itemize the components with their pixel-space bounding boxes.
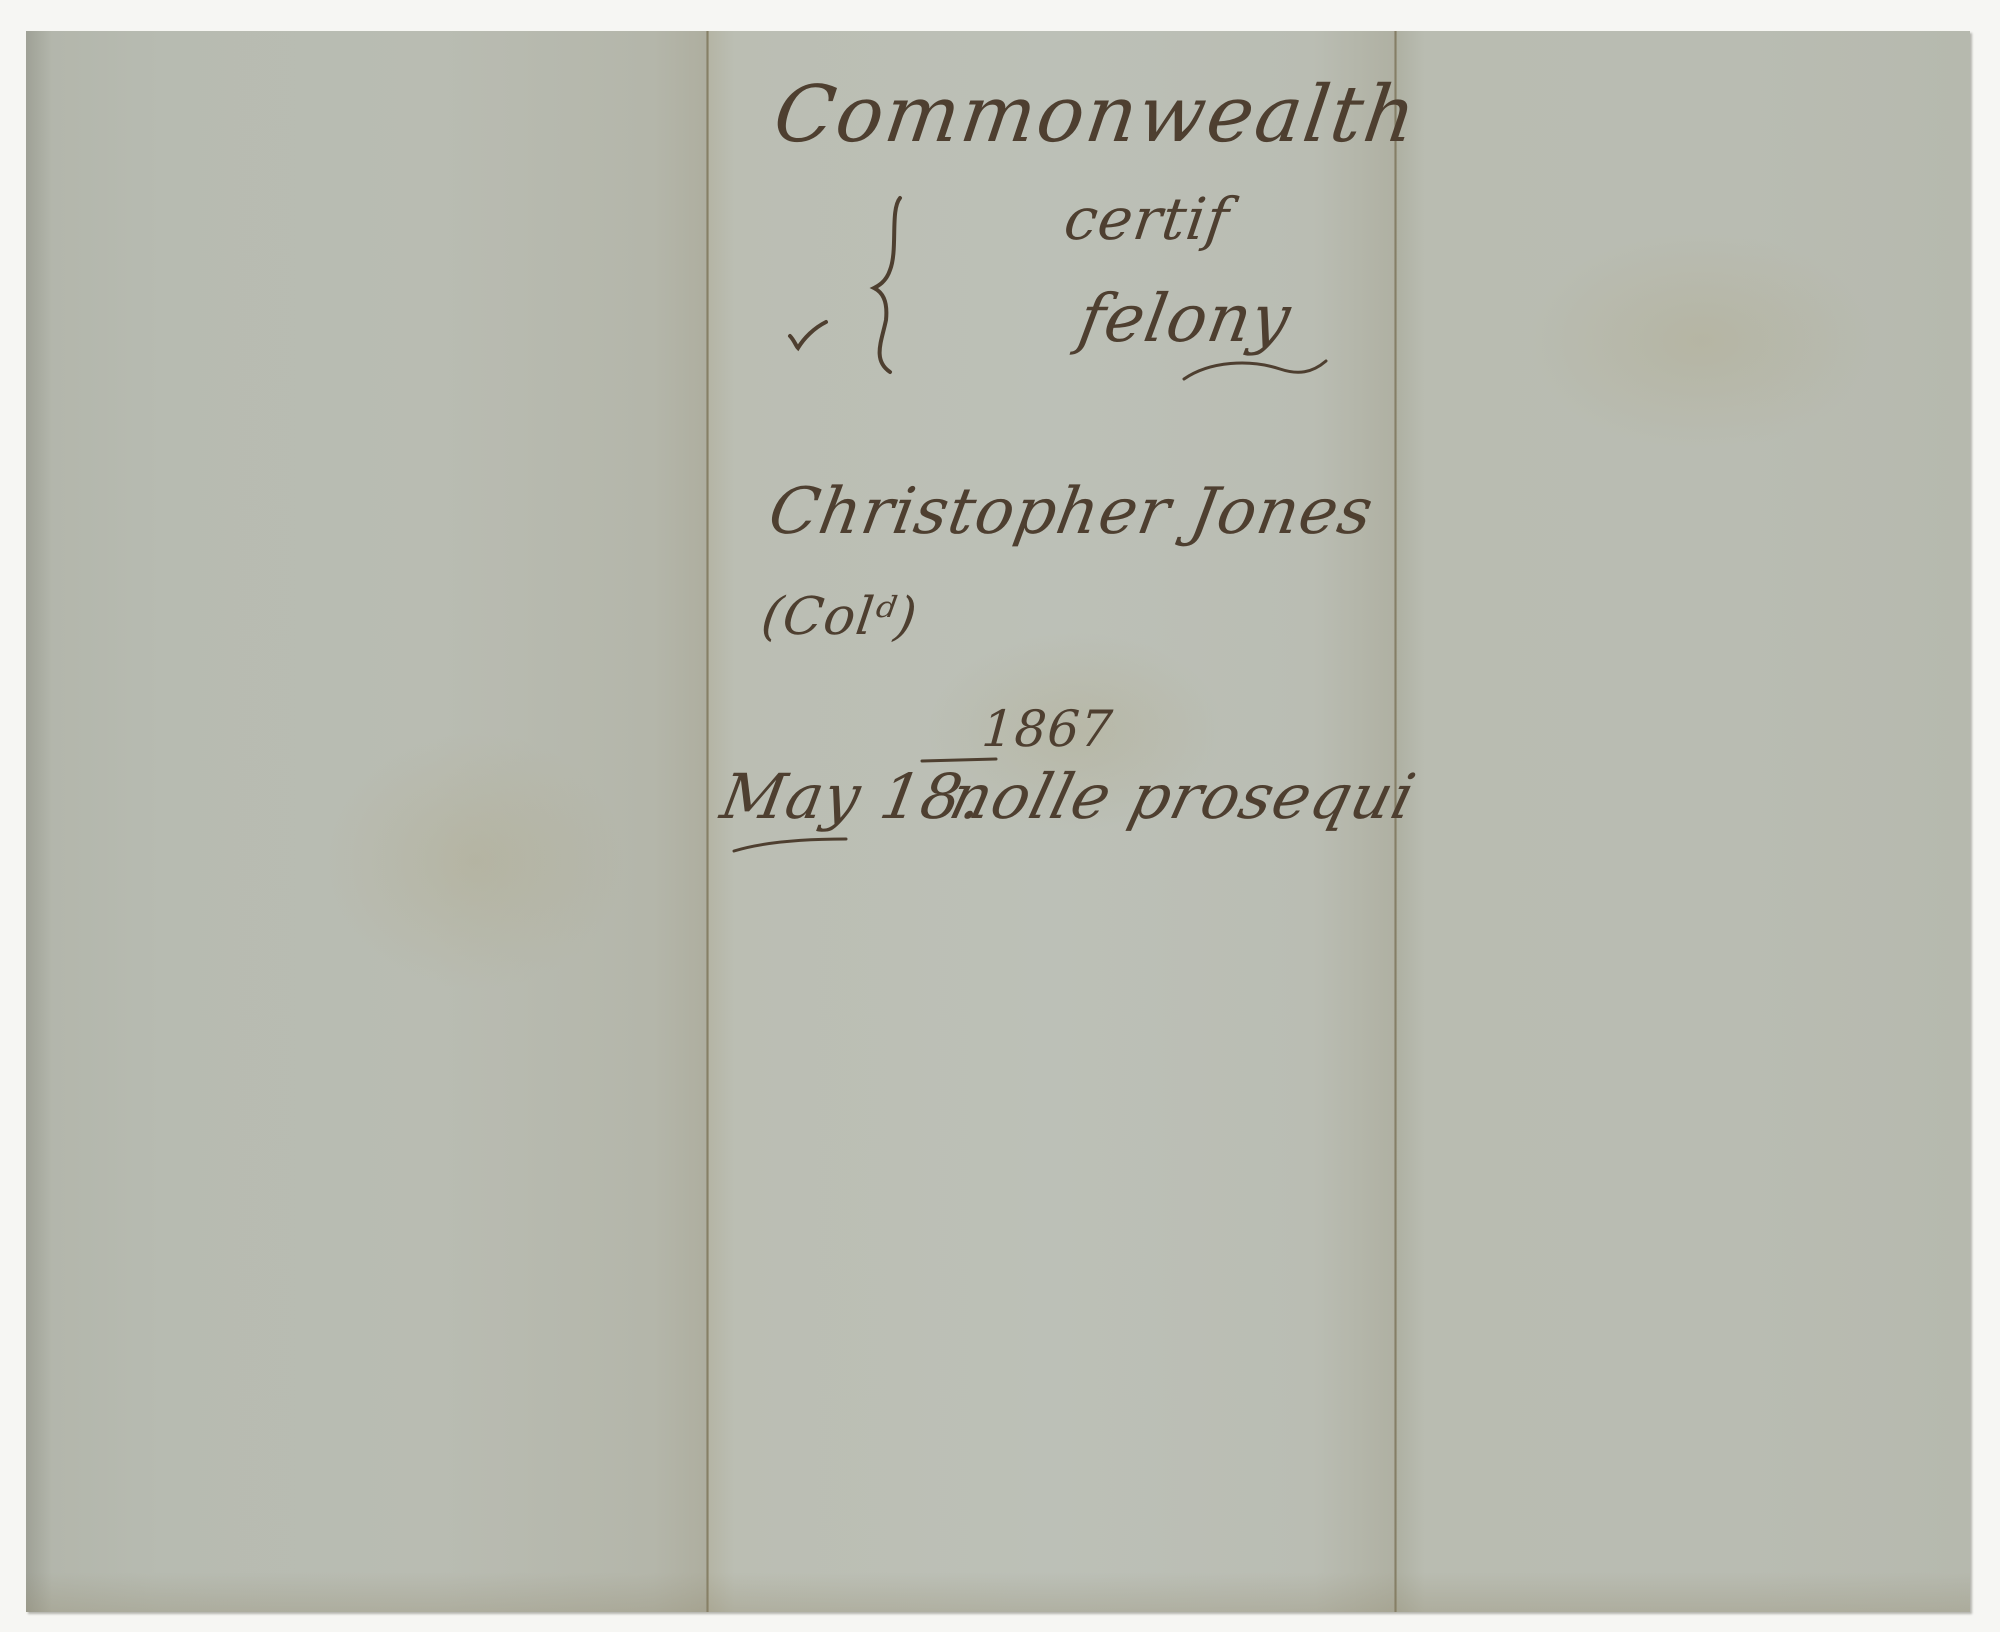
paper-stain <box>1526 231 1876 451</box>
date-underline <box>730 835 850 855</box>
caption-felony: felony <box>1073 280 1297 357</box>
caption-certif: certif <box>1060 185 1233 253</box>
paper-stain <box>326 731 626 991</box>
curly-bracket-icon <box>860 190 920 380</box>
check-mark-icon <box>786 318 830 352</box>
year: 1867 <box>980 700 1115 758</box>
defendant-name: Christopher Jones <box>763 475 1379 549</box>
edge-shadow <box>26 31 52 1612</box>
fold-line-left <box>706 31 709 1612</box>
defendant-note: (Colᵈ) <box>758 587 922 647</box>
heading-commonwealth: Commonwealth <box>769 70 1423 160</box>
bottom-shadow <box>26 1572 1970 1612</box>
flourish-underline <box>1180 355 1330 385</box>
disposition: nolle prosequi <box>943 760 1423 833</box>
